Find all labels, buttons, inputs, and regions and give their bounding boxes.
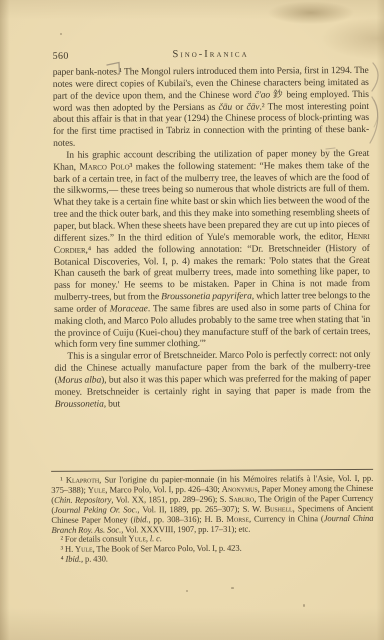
paper-speck [231, 587, 234, 589]
running-head: 560 Sino-Iranica [53, 48, 369, 64]
book-page: 560 Sino-Iranica paper bank-notes.¹ The … [0, 0, 384, 640]
footnote-1: ¹ Klaproth, Sur l'origine du papier-monn… [51, 474, 373, 535]
footnote-separator-rule [51, 469, 373, 472]
running-title: Sino-Iranica [53, 48, 369, 61]
page-content: 560 Sino-Iranica paper bank-notes.¹ The … [0, 0, 384, 640]
paper-speck [303, 604, 305, 607]
paragraph-2: In his graphic account describing the ut… [53, 148, 370, 351]
paper-speck [186, 590, 188, 592]
footnote-4: ⁴ Ibid., p. 430. [52, 553, 374, 565]
paragraph-1: paper bank-notes.¹ The Mongol rulers int… [53, 65, 370, 150]
paragraph-3: This is a singular error of Bretschneide… [54, 349, 370, 410]
body-text: paper bank-notes.¹ The Mongol rulers int… [53, 65, 371, 410]
page-number: 560 [53, 51, 69, 62]
paper-speck [60, 33, 62, 35]
footnotes-block: ¹ Klaproth, Sur l'origine du papier-monn… [51, 474, 374, 565]
